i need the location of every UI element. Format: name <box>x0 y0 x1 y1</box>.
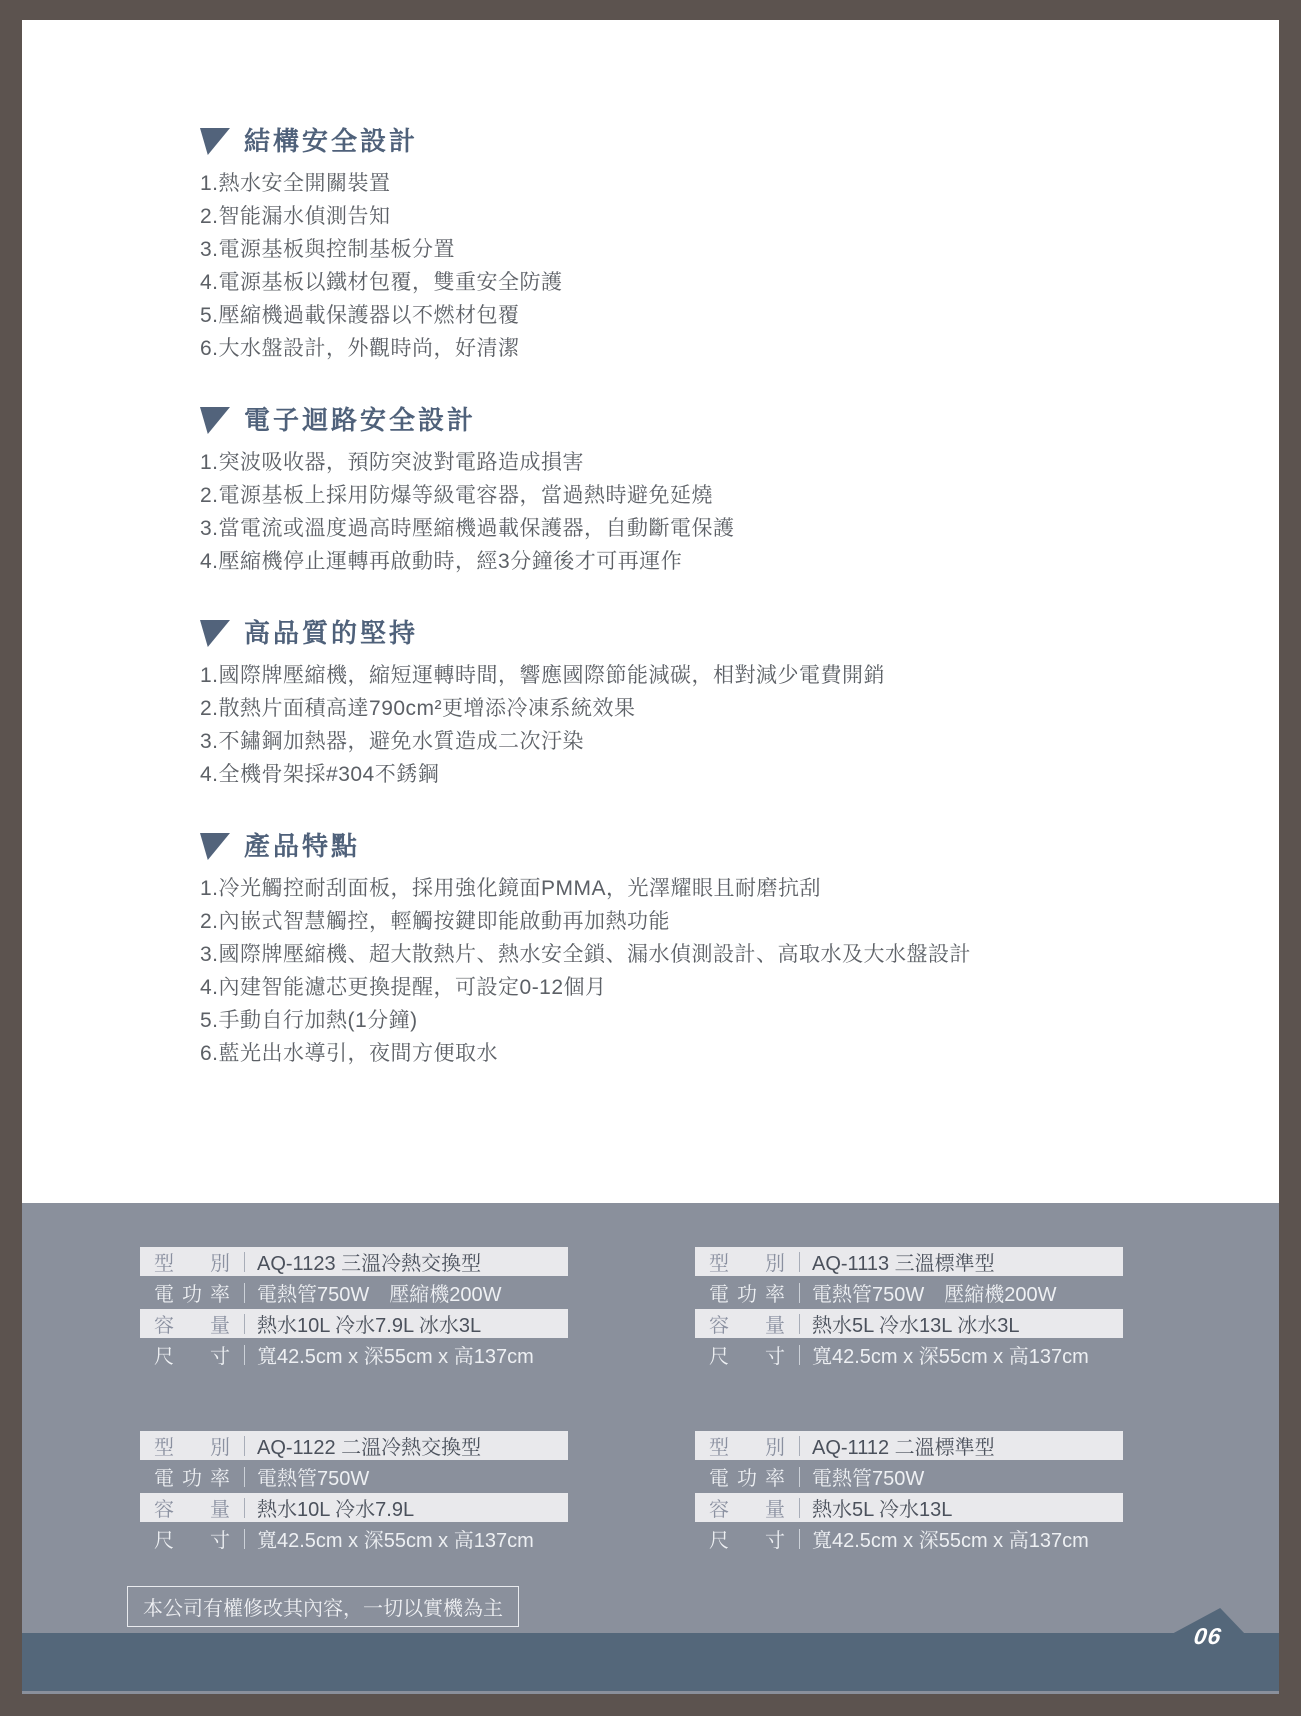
spec-value: 電熱管750W <box>257 1462 369 1491</box>
table-row: 容量 熱水10L 冷水7.9L <box>140 1493 568 1522</box>
spec-label: 電功率 <box>709 1462 785 1491</box>
footer-band <box>22 1633 1279 1691</box>
divider <box>244 1314 245 1334</box>
section-header: 結構安全設計 <box>200 126 1100 156</box>
feature-item: 5.手動自行加熱(1分鐘) <box>200 1004 1100 1037</box>
table-row: 尺寸 寬42.5cm x 深55cm x 高137cm <box>695 1524 1123 1553</box>
spec-label: 型別 <box>154 1431 230 1460</box>
feature-item: 1.冷光觸控耐刮面板，採用強化鏡面PMMA，光澤耀眼且耐磨抗刮 <box>200 872 1100 905</box>
table-row: 型別 AQ-1113 三溫標準型 <box>695 1247 1123 1276</box>
pennant-triangle-icon <box>200 128 230 155</box>
table-row: 容量 熱水5L 冷水13L 冰水3L <box>695 1309 1123 1338</box>
feature-item: 4.電源基板以鐵材包覆，雙重安全防護 <box>200 266 1100 299</box>
spec-label: 容量 <box>709 1309 785 1338</box>
spec-label: 電功率 <box>154 1462 230 1491</box>
feature-item: 6.大水盤設計，外觀時尚，好清潔 <box>200 332 1100 365</box>
table-row: 尺寸 寬42.5cm x 深55cm x 高137cm <box>140 1524 568 1553</box>
section-title: 電子迴路安全設計 <box>244 405 476 435</box>
table-row: 尺寸 寬42.5cm x 深55cm x 高137cm <box>140 1340 568 1369</box>
feature-item: 2.散熱片面積高達790cm²更增添冷凍系統效果 <box>200 692 1100 725</box>
spec-value: 電熱管750W 壓縮機200W <box>812 1278 1057 1307</box>
feature-list: 1.國際牌壓縮機，縮短運轉時間，響應國際節能減碳，相對減少電費開銷 2.散熱片面… <box>200 659 1100 791</box>
divider <box>799 1498 800 1518</box>
section-quality: 高品質的堅持 1.國際牌壓縮機，縮短運轉時間，響應國際節能減碳，相對減少電費開銷… <box>200 618 1100 791</box>
disclaimer-text: 本公司有權修改其內容，一切以實機為主 <box>143 1598 503 1620</box>
divider <box>799 1283 800 1303</box>
spec-value: 電熱管750W 壓縮機200W <box>257 1278 502 1307</box>
pennant-triangle-icon <box>200 407 230 434</box>
section-title: 產品特點 <box>244 831 360 861</box>
feature-item: 6.藍光出水導引，夜間方便取水 <box>200 1037 1100 1070</box>
feature-item: 4.內建智能濾芯更換提醒，可設定0-12個月 <box>200 971 1100 1004</box>
spec-table-aq-1123: 型別 AQ-1123 三溫冷熱交換型 電功率 電熱管750W 壓縮機200W 容… <box>140 1247 568 1371</box>
spec-value: 電熱管750W <box>812 1462 924 1491</box>
disclaimer-box: 本公司有權修改其內容，一切以實機為主 <box>127 1586 519 1627</box>
divider <box>799 1252 800 1272</box>
table-row: 尺寸 寬42.5cm x 深55cm x 高137cm <box>695 1340 1123 1369</box>
table-row: 容量 熱水5L 冷水13L <box>695 1493 1123 1522</box>
spec-value: 熱水5L 冷水13L <box>812 1493 952 1522</box>
spec-label: 型別 <box>709 1247 785 1276</box>
divider <box>799 1345 800 1365</box>
spec-value: 寬42.5cm x 深55cm x 高137cm <box>812 1524 1089 1553</box>
pennant-triangle-icon <box>200 620 230 647</box>
feature-item: 5.壓縮機過載保護器以不燃材包覆 <box>200 299 1100 332</box>
table-row: 電功率 電熱管750W 壓縮機200W <box>140 1278 568 1307</box>
section-title: 高品質的堅持 <box>244 618 418 648</box>
feature-item: 3.不鏽鋼加熱器，避免水質造成二次汙染 <box>200 725 1100 758</box>
spec-value: AQ-1122 二溫冷熱交換型 <box>257 1431 481 1460</box>
divider <box>244 1498 245 1518</box>
spec-label: 容量 <box>154 1309 230 1338</box>
spec-label: 尺寸 <box>154 1524 230 1553</box>
spec-value: 寬42.5cm x 深55cm x 高137cm <box>257 1340 534 1369</box>
spec-label: 容量 <box>709 1493 785 1522</box>
divider <box>244 1252 245 1272</box>
spec-table-aq-1122: 型別 AQ-1122 二溫冷熱交換型 電功率 電熱管750W 容量 熱水10L … <box>140 1431 568 1555</box>
divider <box>799 1314 800 1334</box>
table-row: 電功率 電熱管750W 壓縮機200W <box>695 1278 1123 1307</box>
table-row: 容量 熱水10L 冷水7.9L 冰水3L <box>140 1309 568 1338</box>
feature-item: 3.當電流或溫度過高時壓縮機過載保護器，自動斷電保護 <box>200 512 1100 545</box>
spec-value: AQ-1113 三溫標準型 <box>812 1247 995 1276</box>
feature-item: 4.壓縮機停止運轉再啟動時，經3分鐘後才可再運作 <box>200 545 1100 578</box>
divider <box>244 1529 245 1549</box>
divider <box>244 1436 245 1456</box>
pennant-triangle-icon <box>200 833 230 860</box>
divider <box>244 1283 245 1303</box>
catalog-screenshot: { "page_number": "06", "disclaimer": "本公… <box>0 0 1301 1716</box>
section-product-features: 產品特點 1.冷光觸控耐刮面板，採用強化鏡面PMMA，光澤耀眼且耐磨抗刮 2.內… <box>200 831 1100 1070</box>
feature-item: 1.突波吸收器，預防突波對電路造成損害 <box>200 446 1100 479</box>
spec-label: 尺寸 <box>709 1340 785 1369</box>
spec-label: 容量 <box>154 1493 230 1522</box>
feature-list: 1.熱水安全開關裝置 2.智能漏水偵測告知 3.電源基板與控制基板分置 4.電源… <box>200 167 1100 365</box>
divider <box>799 1467 800 1487</box>
feature-item: 3.國際牌壓縮機、超大散熱片、熱水安全鎖、漏水偵測設計、高取水及大水盤設計 <box>200 938 1100 971</box>
table-row: 型別 AQ-1123 三溫冷熱交換型 <box>140 1247 568 1276</box>
spec-panel: 型別 AQ-1123 三溫冷熱交換型 電功率 電熱管750W 壓縮機200W 容… <box>22 1203 1279 1694</box>
section-title: 結構安全設計 <box>244 126 418 156</box>
feature-list: 1.冷光觸控耐刮面板，採用強化鏡面PMMA，光澤耀眼且耐磨抗刮 2.內嵌式智慧觸… <box>200 872 1100 1070</box>
spec-table-aq-1113: 型別 AQ-1113 三溫標準型 電功率 電熱管750W 壓縮機200W 容量 … <box>695 1247 1123 1371</box>
spec-value: 熱水5L 冷水13L 冰水3L <box>812 1309 1020 1338</box>
page-number: 06 <box>1192 1623 1223 1650</box>
section-header: 產品特點 <box>200 831 1100 861</box>
spec-value: 熱水10L 冷水7.9L 冰水3L <box>257 1309 481 1338</box>
section-header: 高品質的堅持 <box>200 618 1100 648</box>
divider <box>244 1467 245 1487</box>
spec-value: 熱水10L 冷水7.9L <box>257 1493 414 1522</box>
feature-item: 2.電源基板上採用防爆等級電容器，當過熱時避免延燒 <box>200 479 1100 512</box>
section-circuit-safety: 電子迴路安全設計 1.突波吸收器，預防突波對電路造成損害 2.電源基板上採用防爆… <box>200 405 1100 578</box>
spec-label: 尺寸 <box>154 1340 230 1369</box>
spec-table-aq-1112: 型別 AQ-1112 二溫標準型 電功率 電熱管750W 容量 熱水5L 冷水1… <box>695 1431 1123 1555</box>
table-row: 型別 AQ-1122 二溫冷熱交換型 <box>140 1431 568 1460</box>
spec-value: AQ-1112 二溫標準型 <box>812 1431 995 1460</box>
spec-value: 寬42.5cm x 深55cm x 高137cm <box>257 1524 534 1553</box>
spec-label: 電功率 <box>154 1278 230 1307</box>
section-header: 電子迴路安全設計 <box>200 405 1100 435</box>
divider <box>244 1345 245 1365</box>
feature-item: 1.熱水安全開關裝置 <box>200 167 1100 200</box>
divider <box>799 1529 800 1549</box>
spec-label: 型別 <box>709 1431 785 1460</box>
feature-item: 2.內嵌式智慧觸控，輕觸按鍵即能啟動再加熱功能 <box>200 905 1100 938</box>
feature-item: 1.國際牌壓縮機，縮短運轉時間，響應國際節能減碳，相對減少電費開銷 <box>200 659 1100 692</box>
divider <box>799 1436 800 1456</box>
spec-label: 電功率 <box>709 1278 785 1307</box>
table-row: 電功率 電熱管750W <box>695 1462 1123 1491</box>
table-row: 電功率 電熱管750W <box>140 1462 568 1491</box>
spec-value: 寬42.5cm x 深55cm x 高137cm <box>812 1340 1089 1369</box>
spec-value: AQ-1123 三溫冷熱交換型 <box>257 1247 481 1276</box>
spec-label: 尺寸 <box>709 1524 785 1553</box>
feature-list: 1.突波吸收器，預防突波對電路造成損害 2.電源基板上採用防爆等級電容器，當過熱… <box>200 446 1100 578</box>
table-row: 型別 AQ-1112 二溫標準型 <box>695 1431 1123 1460</box>
section-structural-safety: 結構安全設計 1.熱水安全開關裝置 2.智能漏水偵測告知 3.電源基板與控制基板… <box>200 126 1100 365</box>
feature-item: 4.全機骨架採#304不銹鋼 <box>200 758 1100 791</box>
feature-item: 2.智能漏水偵測告知 <box>200 200 1100 233</box>
spec-label: 型別 <box>154 1247 230 1276</box>
feature-item: 3.電源基板與控制基板分置 <box>200 233 1100 266</box>
brochure-page: 結構安全設計 1.熱水安全開關裝置 2.智能漏水偵測告知 3.電源基板與控制基板… <box>22 20 1279 1694</box>
